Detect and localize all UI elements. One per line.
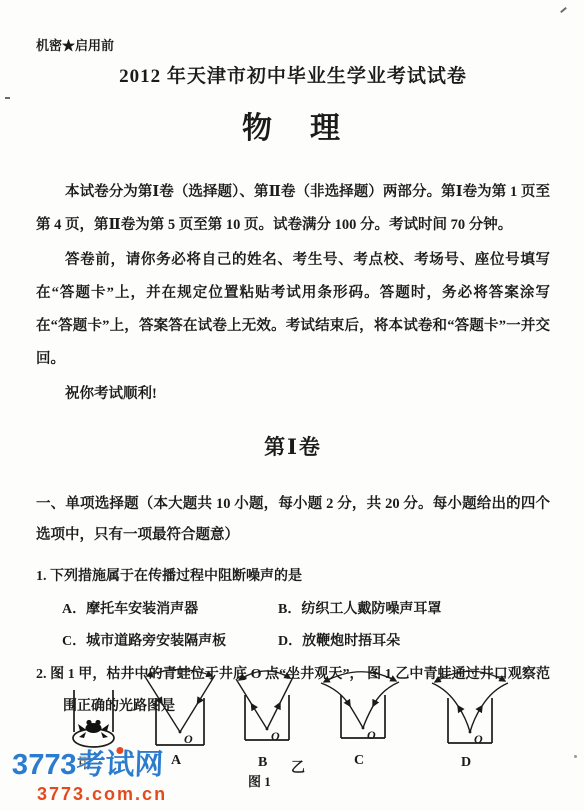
exam-title: 2012 年天津市初中毕业生学业考试试卷 <box>36 64 550 90</box>
figure-option-label-b: B <box>258 755 267 770</box>
instructions-paragraph-1: 本试卷分为第Ⅰ卷（选择题）、第Ⅱ卷（非选择题）两部分。第Ⅰ卷为第 1 页至第 4… <box>36 176 550 242</box>
subject-title: 物 理 <box>36 110 550 148</box>
question1-option-a: A．摩托车安装消声器 <box>62 594 278 625</box>
question1-options: A．摩托车安装消声器 B．纺织工人戴防噪声耳罩 C．城市道路旁安装隔声板 D．放… <box>62 594 550 657</box>
figure-option-label-c: C <box>354 753 364 768</box>
figure1-caption: 图 1 <box>248 774 271 789</box>
question1-option-c: C．城市道路旁安装隔声板 <box>62 626 278 657</box>
figure-option-label-d: D <box>461 755 471 770</box>
question1-stem: 1. 下列措施属于在传播过程中阻断噪声的是 <box>36 561 550 592</box>
light-path-option-c <box>321 672 399 738</box>
light-path-option-a <box>144 670 215 746</box>
point-o-label-a: O <box>184 732 193 746</box>
question1-option-b: B．纺织工人戴防噪声耳罩 <box>278 594 550 625</box>
well-frog-figure <box>73 690 114 747</box>
part1-title: 第Ⅰ卷 <box>36 433 550 461</box>
page-content: 机密★启用前 2012 年天津市初中毕业生学业考试试卷 物 理 本试卷分为第Ⅰ卷… <box>36 38 550 723</box>
classification-label: 机密★启用前 <box>36 38 550 54</box>
scan-artifact <box>5 97 10 99</box>
light-path-option-b <box>236 671 293 740</box>
figure-label-jia: 甲 <box>78 756 92 772</box>
scanned-exam-page: 机密★启用前 2012 年天津市初中毕业生学业考试试卷 物 理 本试卷分为第Ⅰ卷… <box>0 0 584 811</box>
scan-artifact <box>560 7 567 13</box>
question1-option-d: D．放鞭炮时捂耳朵 <box>278 626 550 657</box>
frog-silhouette <box>78 720 109 738</box>
figure1-block: 甲 O A <box>0 660 584 811</box>
figure-label-yi: 乙 <box>291 760 305 776</box>
point-o-label-b: O <box>271 729 280 743</box>
scan-artifact <box>574 755 577 758</box>
point-o-label-d: O <box>474 732 483 746</box>
instructions-paragraph-2: 答卷前，请你务必将自己的姓名、考生号、考点校、考场号、座位号填写在“答题卡”上，… <box>36 244 550 376</box>
figure-option-label-a: A <box>171 753 182 768</box>
figure1-diagram: 甲 O A <box>0 660 584 811</box>
exam-wish-line: 祝你考试顺利! <box>36 378 550 411</box>
light-path-option-d <box>432 671 508 743</box>
point-o-label-c: O <box>367 728 376 742</box>
section1-heading: 一、单项选择题（本大题共 10 小题，每小题 2 分，共 20 分。每小题给出的… <box>36 489 550 551</box>
